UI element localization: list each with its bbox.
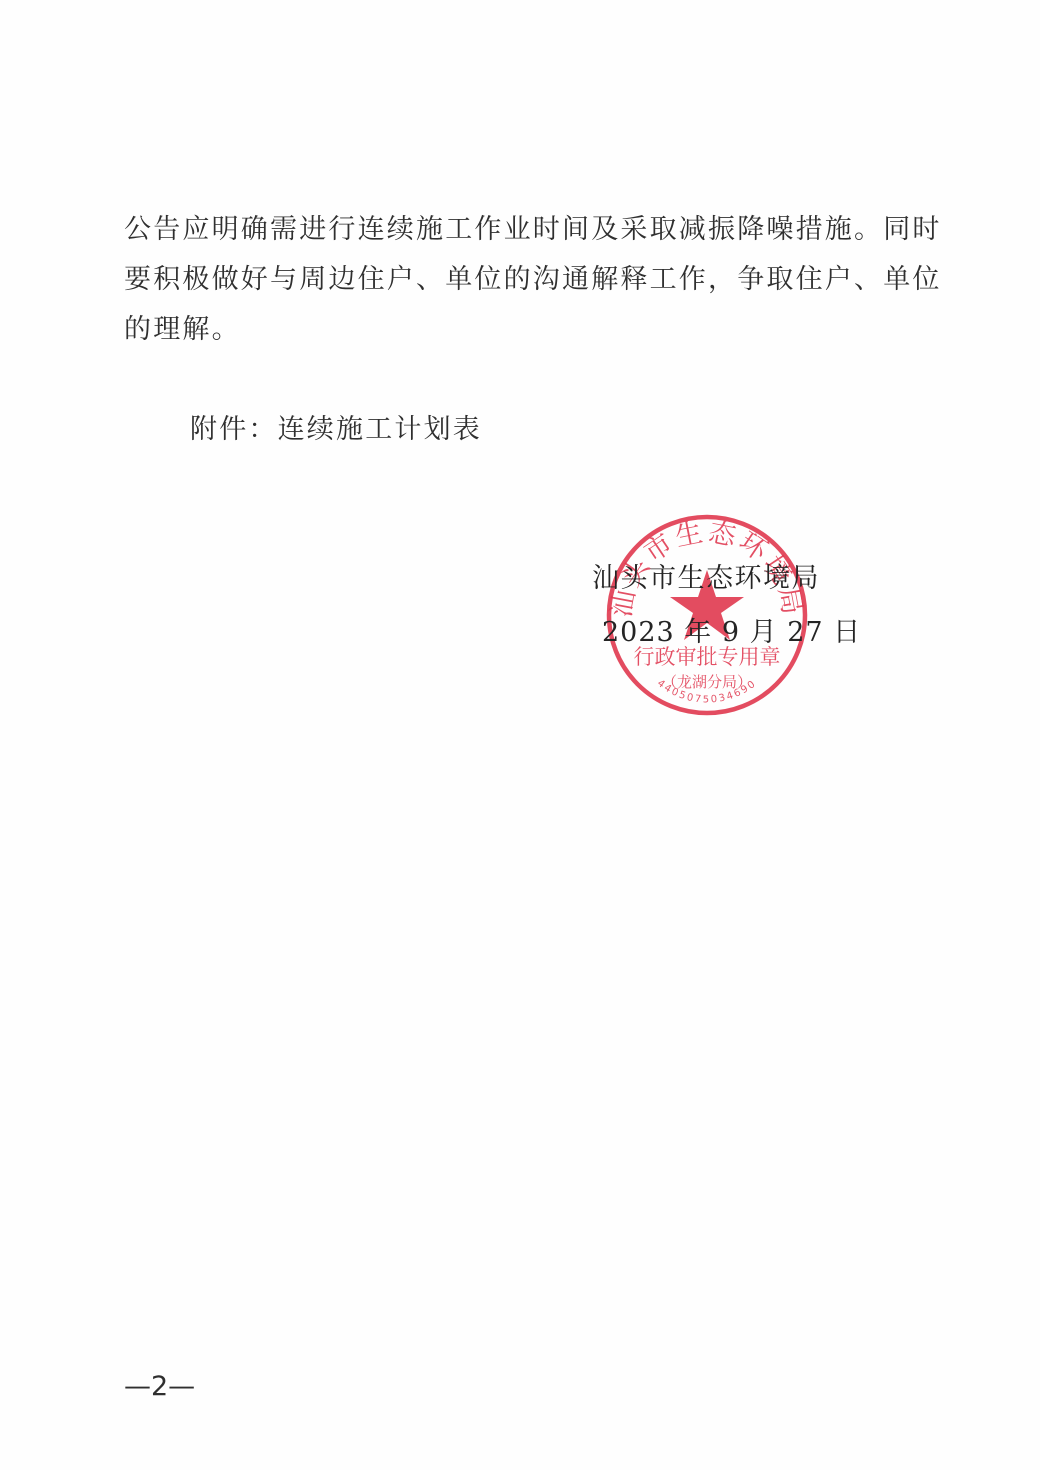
body-line: 要积极做好与周边住户、单位的沟通解释工作，争取住户、单位	[124, 255, 914, 305]
signature-organization: 汕头市生态环境局	[592, 557, 820, 601]
document-page: 公告应明确需进行连续施工作业时间及采取减振降噪措施。同时 要积极做好与周边住户、…	[0, 0, 1040, 1470]
body-line: 公告应明确需进行连续施工作业时间及采取减振降噪措施。同时	[124, 205, 914, 255]
signature-date: 2023 年 9 月 27 日	[602, 611, 861, 655]
attachment-note: 附件：连续施工计划表	[190, 408, 482, 452]
body-paragraph: 公告应明确需进行连续施工作业时间及采取减振降噪措施。同时 要积极做好与周边住户、…	[124, 205, 914, 355]
body-line: 的理解。	[124, 305, 914, 355]
page-number: —2—	[124, 1369, 195, 1405]
